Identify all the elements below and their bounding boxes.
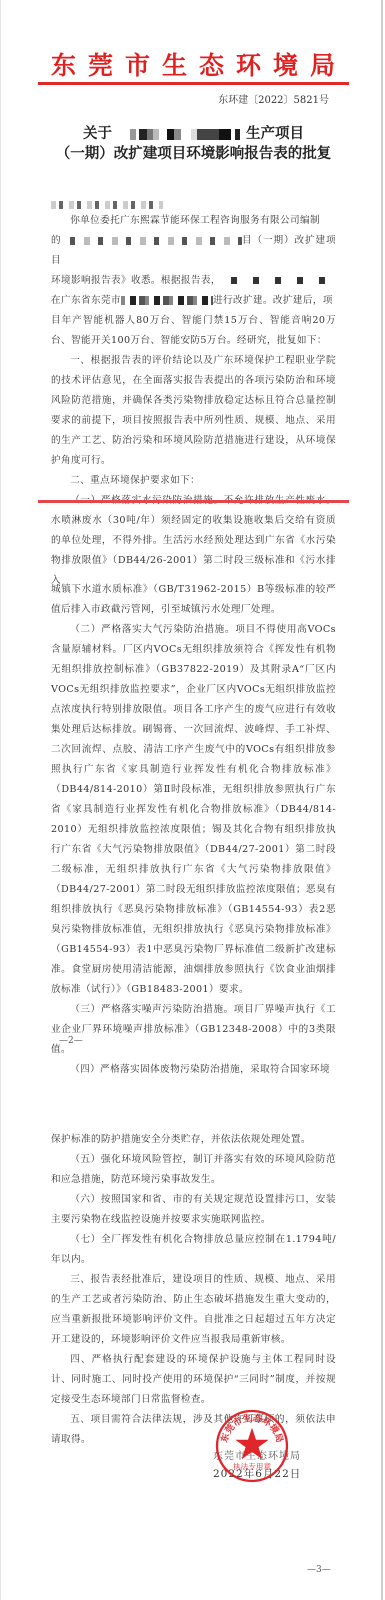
redacted-block (167, 129, 181, 140)
official-seal-icon: 东莞市生态环境局 执法专用章 (214, 1408, 290, 1484)
redacted-block (191, 129, 231, 140)
title-suffix: 生产项目 (246, 125, 304, 142)
document-page: 东莞市生态环境局 东环建〔2022〕5821号 关于生产项目 （一期）改扩建项目… (0, 0, 383, 1600)
paragraph: （二）严格落实大气污染防治措施。项目不得使用高VOCs含量原辅材料。厂区内VOC… (51, 620, 336, 1000)
page1-bottom-red-rule (38, 500, 349, 503)
letterhead-red-rule (38, 82, 349, 85)
title-prefix: 关于 (83, 125, 112, 142)
page3-body: 保护标准的防护措施安全分类贮存，并依法依规处理处置。 （五）强化环境风险管控，制… (51, 1130, 336, 1450)
section-heading: 二、重点环境保护要求如下： (51, 471, 336, 491)
redacted-block (112, 129, 130, 140)
paragraph: （七）全厂挥发性有机化合物排放总量应控制在1.1794吨/年以内。 (51, 1230, 336, 1270)
paragraph: 四、严格执行配套建设的环境保护设施与主体工程同时设计、同时施工、同时投产使用的环… (51, 1350, 336, 1410)
paragraph: （三）严格落实噪声污染防治措施。项目厂界噪声执行《工业企业厂界环境噪声排放标准》… (51, 1000, 336, 1060)
paragraph: （四）严格落实固体废物污染防治措施，采取符合国家环境 (51, 1060, 336, 1080)
paragraph-line: 在广东省东莞市进行改扩建。改扩建后，项 (51, 291, 336, 311)
paragraph: （五）强化环境风险管控，制订并落实有效的环境风险防范和应急措施，防范环境污染事故… (51, 1150, 336, 1190)
redacted-block (159, 129, 167, 140)
paragraph: 一、根据报告表的评价结论以及广东环境保护工程职业学院的技术评估意见，在全面落实报… (51, 351, 336, 471)
redacted-block (139, 129, 159, 140)
svg-text:执法专用章: 执法专用章 (233, 1461, 271, 1471)
redacted-block (181, 129, 191, 140)
agency-letterhead: 东莞市生态环境局 (51, 46, 336, 82)
paragraph: （一）严格落实水污染防治措施。不允许排放生产性废水。水喷淋废水（30吨/年）须经… (51, 491, 336, 591)
document-title-line1: 关于生产项目 (51, 123, 336, 144)
paragraph: 目年产智能机器人80万台、智能门禁15万台、智能音响20万台、智能开关100万台… (51, 311, 336, 351)
page-number: —2— (59, 1036, 83, 1046)
paragraph-line: 环境影响报告表》收悉。根据报告表， (51, 271, 336, 291)
page1-body: 你单位委托广东熙霖节能环保工程咨询服务有限公司编制 的目（一期）改扩建项目 环境… (51, 211, 336, 591)
paragraph: 保护标准的防护措施安全分类贮存，并依法依规处理处置。 (51, 1130, 336, 1150)
page2-body: 城镇下水道水质标准》（GB/T31962-2015）B等级标准的较严值后排入市政… (51, 580, 336, 1080)
paragraph: 城镇下水道水质标准》（GB/T31962-2015）B等级标准的较严值后排入市政… (51, 580, 336, 620)
paragraph: 三、报告表经批准后，建设项目的性质、规模、地点、采用的生产工艺或者污染防治、防止… (51, 1270, 336, 1350)
paragraph: （六）按照国家和省、市的有关规定规范设置排污口，安装主要污染物在线监控设施并按要… (51, 1190, 336, 1230)
paragraph: 五、项目需符合法律法规，涉及其他许可事项的，须依法申请取得。 (51, 1410, 336, 1450)
document-number: 东环建〔2022〕5821号 (218, 91, 329, 106)
page-number: —3— (307, 1565, 331, 1575)
paragraph-line: 的目（一期）改扩建项目 (51, 231, 336, 271)
paragraph: 你单位委托广东熙霖节能环保工程咨询服务有限公司编制 (51, 211, 336, 231)
document-title-line2: （一期）改扩建项目环境影响报告表的批复 (51, 143, 336, 164)
